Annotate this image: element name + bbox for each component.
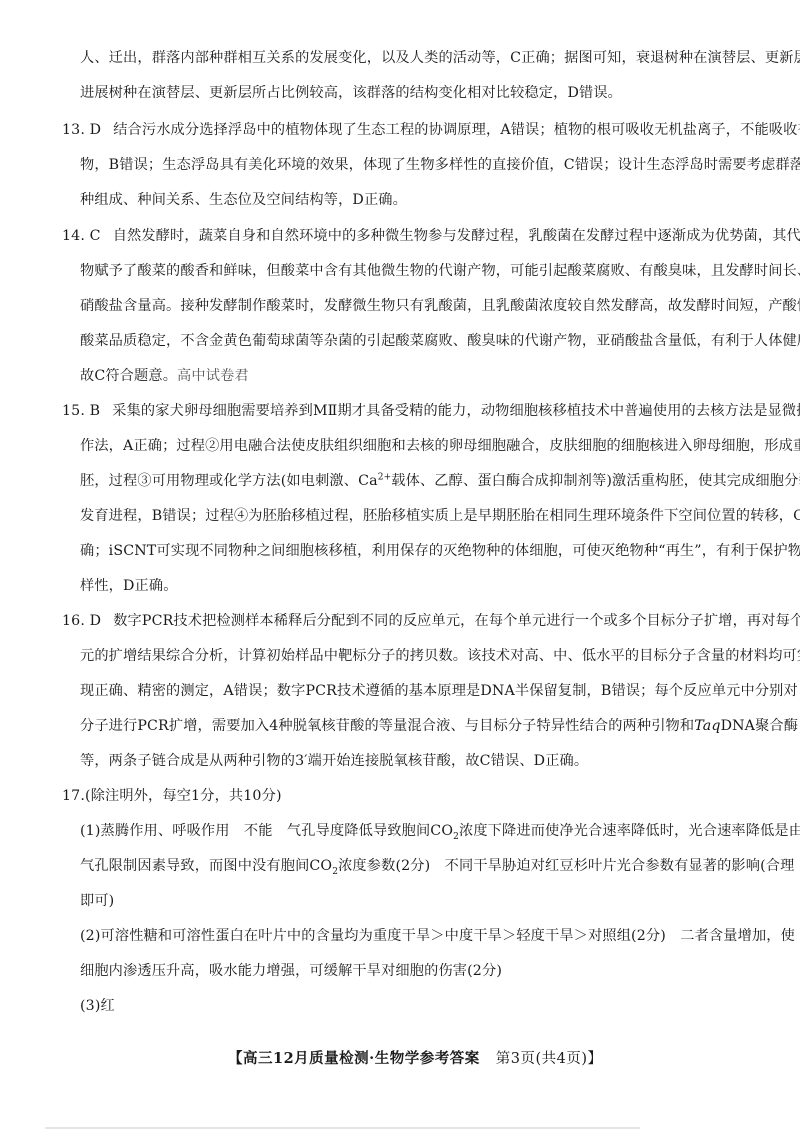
footer-page-number: 第3页(共4页)】 bbox=[496, 1051, 603, 1067]
footer-title: 【高三12月质量检测·生物学参考答案 bbox=[228, 1050, 480, 1067]
answer-key-lower bbox=[0, 0, 800, 1131]
bottom-divider bbox=[45, 1127, 640, 1129]
page-footer: 【高三12月质量检测·生物学参考答案第3页(共4页)】 bbox=[228, 1047, 603, 1068]
